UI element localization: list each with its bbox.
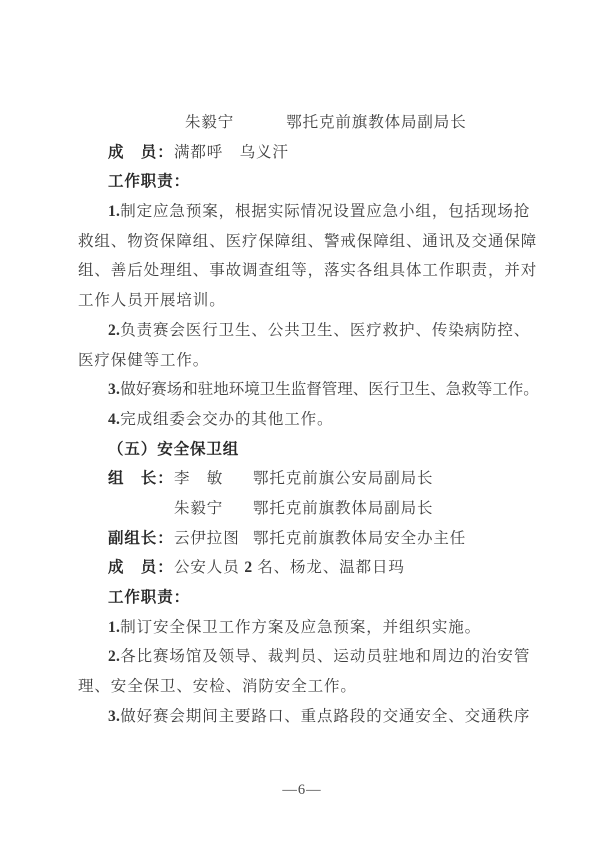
role-label: 成 员： — [108, 138, 174, 168]
doc-line-member: 成 员：满都呼 乌义汗 — [78, 138, 540, 168]
person-title: 鄂托克前旗教体局副局长 — [253, 500, 433, 517]
item-number: 3. — [108, 708, 120, 725]
person-title: 鄂托克前旗公安局副局长 — [253, 470, 433, 487]
member-names: 满都呼 乌义汗 — [174, 144, 289, 161]
para-text: 组、善后处理组、事故调查组等，落实各组具体工作职责，并对 — [78, 262, 537, 279]
doc-line-para_cont: 组、善后处理组、事故调查组等，落实各组具体工作职责，并对 — [78, 256, 540, 286]
doc-line-para_first: 4.完成组委会交办的其他工作。 — [78, 405, 540, 435]
doc-line-section: （五）安全保卫组 — [78, 435, 540, 465]
doc-line-member: 成 员：公安人员 2 名、杨龙、温都日玛 — [78, 553, 540, 583]
doc-line-appointee_prev: 朱毅宁鄂托克前旗教体局副局长 — [78, 108, 540, 138]
doc-line-leader: 组 长：李 敏鄂托克前旗公安局副局长 — [78, 464, 540, 494]
role-label: 副组长： — [108, 524, 174, 554]
item-number: 2 — [244, 559, 252, 576]
page-number: —6— — [0, 779, 604, 801]
para-text: 3.做好赛场和驻地环境卫生监督管理、医行卫生、急救等工作。 — [108, 381, 539, 398]
para-text: 医疗保健等工作。 — [78, 352, 209, 369]
doc-line-leader: 朱毅宁鄂托克前旗教体局副局长 — [78, 494, 540, 524]
doc-line-para_first: 2.负责赛会医行卫生、公共卫生、医疗救护、传染病防控、 — [78, 316, 540, 346]
doc-line-para_first: 3.做好赛场和驻地环境卫生监督管理、医行卫生、急救等工作。 — [78, 375, 540, 405]
duties-heading: 工作职责： — [108, 589, 190, 606]
para-text: 4.完成组委会交办的其他工作。 — [108, 411, 333, 428]
para-text: 救组、物资保障组、医疗保障组、警戒保障组、通讯及交通保障 — [78, 233, 537, 250]
duties-heading: 工作职责： — [108, 173, 190, 190]
item-number: 4. — [108, 411, 120, 428]
doc-line-leader: 副组长：云伊拉图鄂托克前旗教体局安全办主任 — [78, 524, 540, 554]
item-number: 2. — [108, 322, 120, 339]
section-heading: （五）安全保卫组 — [108, 441, 239, 458]
para-text: 3.做好赛会期间主要路口、重点路段的交通安全、交通秩序 — [108, 708, 530, 725]
item-number: 3. — [108, 381, 120, 398]
doc-line-para_cont: 工作人员开展培训。 — [78, 286, 540, 316]
person-name: 朱毅宁 — [174, 494, 253, 524]
role-label: 成 员： — [108, 553, 174, 583]
para-text: 理、安全保卫、安检、消防安全工作。 — [78, 678, 357, 695]
doc-line-heading: 工作职责： — [78, 167, 540, 197]
para-text: 1.制订安全保卫工作方案及应急预案，并组织实施。 — [108, 619, 481, 636]
doc-line-para_first: 3.做好赛会期间主要路口、重点路段的交通安全、交通秩序 — [78, 702, 540, 732]
role-label: 组 长： — [108, 464, 174, 494]
person-title: 鄂托克前旗教体局安全办主任 — [253, 530, 466, 547]
item-number: 1. — [108, 203, 120, 220]
doc-line-para_cont: 救组、物资保障组、医疗保障组、警戒保障组、通讯及交通保障 — [78, 227, 540, 257]
item-number: 1. — [108, 619, 120, 636]
para-text: 1.制定应急预案，根据实际情况设置应急小组，包括现场抢 — [108, 203, 530, 220]
document-content: 朱毅宁鄂托克前旗教体局副局长成 员：满都呼 乌义汗工作职责：1.制定应急预案，根… — [78, 108, 540, 731]
doc-line-para_first: 1.制定应急预案，根据实际情况设置应急小组，包括现场抢 — [78, 197, 540, 227]
doc-line-para_first: 2.各比赛场馆及领导、裁判员、运动员驻地和周边的治安管 — [78, 642, 540, 672]
item-number: 2. — [108, 648, 120, 665]
doc-line-heading: 工作职责： — [78, 583, 540, 613]
para-text: 2.各比赛场馆及领导、裁判员、运动员驻地和周边的治安管 — [108, 648, 530, 665]
doc-line-para_cont: 医疗保健等工作。 — [78, 346, 540, 376]
appointee-name: 朱毅宁 — [185, 114, 234, 131]
person-name: 云伊拉图 — [174, 524, 253, 554]
doc-line-para_cont: 理、安全保卫、安检、消防安全工作。 — [78, 672, 540, 702]
member-names: 公安人员 2 名、杨龙、温都日玛 — [174, 559, 405, 576]
doc-line-para_first: 1.制订安全保卫工作方案及应急预案，并组织实施。 — [78, 613, 540, 643]
person-name: 李 敏 — [174, 464, 253, 494]
document-page: 朱毅宁鄂托克前旗教体局副局长成 员：满都呼 乌义汗工作职责：1.制定应急预案，根… — [0, 0, 604, 854]
para-text: 工作人员开展培训。 — [78, 292, 226, 309]
para-text: 2.负责赛会医行卫生、公共卫生、医疗救护、传染病防控、 — [108, 322, 530, 339]
appointee-title: 鄂托克前旗教体局副局长 — [286, 114, 466, 131]
